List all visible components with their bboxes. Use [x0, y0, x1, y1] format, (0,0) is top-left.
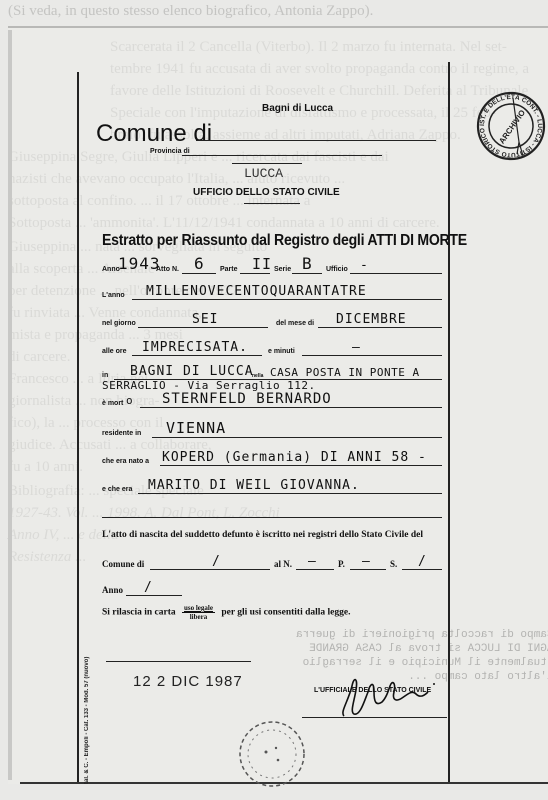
divider [244, 203, 300, 204]
printer-imprint: tal. & C. - Empoli - Cat. 133 - Mod. 57 … [84, 654, 98, 784]
serie-value: B [302, 254, 313, 273]
comune-field-line [196, 140, 436, 141]
paper-edge [8, 30, 12, 780]
form-border-right [448, 62, 450, 782]
signature-line-left [106, 661, 251, 662]
lanno-label: L'anno [102, 292, 125, 299]
field-line [318, 327, 442, 328]
field-line [138, 493, 442, 494]
minuti-value: — [352, 340, 361, 355]
field-line [240, 273, 270, 274]
nato-label: che era nato a [102, 458, 149, 465]
birth-p-value: — [362, 554, 371, 569]
time-row: alle ore IMPRECISATA. e minuti — [102, 338, 442, 358]
residente-value: VIENNA [166, 419, 226, 437]
atto-label: Atto N. [156, 266, 179, 273]
field-line [302, 355, 442, 356]
issue-date-stamp: 12 2 DIC 1987 [133, 673, 243, 690]
blank-row [102, 500, 442, 520]
field-line [402, 569, 442, 570]
ufficio-label: Ufficio [326, 266, 348, 273]
birth-comune-value: / [212, 554, 221, 569]
mese-value: DICEMBRE [336, 312, 407, 327]
issuance-statement: Si rilascia in carta uso legale libera p… [102, 604, 351, 621]
birth-anno-label: Anno [102, 585, 123, 595]
ore-value: IMPRECISATA. [142, 340, 248, 355]
che-era-label: e che era [102, 486, 132, 493]
mese-label: del mese di [276, 320, 314, 327]
lanno-value: MILLENOVECENTOQUARANTATRE [146, 284, 367, 299]
field-line [152, 437, 442, 438]
archive-stamp-icon: IST. E DELL'ETÀ CONT. - LUCCA - ISTITUTO… [475, 90, 547, 162]
birth-year-row: Anno / [102, 578, 202, 598]
province-label: Provincia di [150, 148, 190, 155]
parte-value: II [252, 255, 272, 273]
office-heading: UFFICIO DELLO STATO CIVILE [193, 187, 340, 198]
field-line [126, 595, 182, 596]
ufficio-value: - [360, 258, 369, 273]
document-heading: Estratto per Riassunto dal Registro degl… [102, 232, 467, 250]
birth-n-label: al N. [274, 559, 292, 569]
typed-line: ( attualmente il Municipio e il serragli… [296, 656, 548, 670]
atto-value: 6 [194, 254, 205, 273]
field-line [102, 517, 442, 518]
field-line [350, 273, 442, 274]
paper-option: libera [182, 613, 215, 621]
serie-label: Serie [274, 266, 291, 273]
status-row: e che era MARITO DI WEIL GIOVANNA. [102, 476, 442, 496]
deceased-row: è mort o STERNFELD BERNARDO [102, 390, 442, 410]
ore-label: alle ore [102, 348, 127, 355]
book-line: (Si veda, in questo stesso elenco biogra… [8, 0, 373, 22]
issuance-suffix: per gli usi consentiti dalla legge. [221, 608, 350, 618]
morto-label: è mort [102, 400, 123, 407]
day-row: nel giorno SEI del mese di DICEMBRE [102, 310, 442, 330]
form-border-left [77, 72, 79, 782]
paper-option-struck: uso legale [182, 604, 215, 613]
registry-row: Anno 1943 Atto N. 6 Parte II Serie B Uff… [102, 256, 358, 276]
field-line [182, 273, 216, 274]
comune-stamp: Bagni di Lucca [262, 103, 333, 114]
divider [232, 163, 302, 164]
field-line [132, 299, 442, 300]
birth-record-row: Comune di / al N. — P. — S. / [102, 552, 442, 572]
birth-p-label: P. [338, 559, 345, 569]
birth-record-statement: L'atto di nascita del suddetto defunto è… [102, 530, 423, 540]
typed-line: Il Campo di raccolta prigionieri di guer… [296, 628, 548, 642]
deceased-name: STERNFELD BERNARDO [162, 391, 332, 407]
residence-row: residente in VIENNA [102, 420, 442, 440]
birth-anno-value: / [144, 580, 153, 595]
field-line [138, 327, 268, 328]
anno-value: 1943 [118, 254, 161, 273]
typed-line: a BAGNI DI LUCCA si trova al CASA GRANDE [296, 642, 548, 656]
giorno-label: nel giorno [102, 320, 136, 327]
signature-icon [330, 672, 440, 722]
province-value: LUCCA [244, 166, 283, 181]
paper-type: uso legale libera [182, 604, 215, 621]
svg-text:ARCHIVIO: ARCHIVIO [497, 108, 527, 145]
birth-s-label: S. [390, 559, 397, 569]
official-seal-icon [236, 718, 308, 790]
year-row: L'anno MILLENOVECENTOQUARANTATRE [102, 282, 442, 302]
birth-comune-label: Comune di [102, 559, 144, 569]
giorno-value: SEI [192, 312, 218, 327]
che-era-value: MARITO DI WEIL GIOVANNA. [148, 478, 360, 493]
form-title: Comune di [96, 120, 212, 148]
morto-suffix: o [126, 394, 134, 407]
birth-n-value: — [308, 554, 317, 569]
minuti-label: e minuti [268, 348, 295, 355]
province-field-line [182, 155, 382, 156]
field-line [140, 407, 442, 408]
birthplace-row: che era nato a KOPERD (Germania) DI ANNI… [102, 448, 442, 468]
birth-s-value: / [418, 554, 427, 569]
field-line [150, 569, 270, 570]
field-line [160, 465, 442, 466]
field-line [296, 569, 334, 570]
field-line [132, 355, 262, 356]
parte-label: Parte [220, 266, 238, 273]
residente-label: residente in [102, 430, 141, 437]
field-line [350, 569, 386, 570]
nato-value: KOPERD (Germania) DI ANNI 58 - [162, 450, 427, 465]
issuance-prefix: Si rilascia in carta [102, 608, 176, 618]
field-line [292, 273, 322, 274]
